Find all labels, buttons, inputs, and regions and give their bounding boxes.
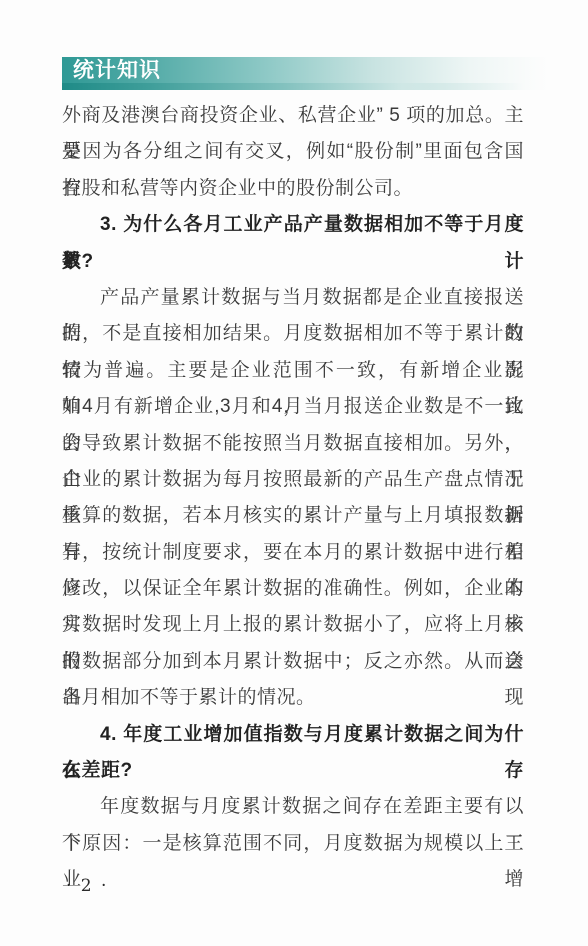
body-text-line: 的数据部分加到本月累计数据中；反之亦然。从而会出现 — [62, 644, 524, 680]
body-text-line: 外商及港澳台商投资企业、私营企业” 5 项的加总。主要 — [62, 98, 524, 134]
page-body: 外商及港澳台商投资企业、私营企业” 5 项的加总。主要 是因为各分组之间有交叉，… — [62, 98, 524, 862]
body-text-line: 核算的数据，若本月核实的累计产量与上月填报数据有差 — [62, 498, 524, 534]
body-text-line: 较为普遍。主要是企业范围不一致，有新增企业影响，比 — [62, 353, 524, 389]
body-text-line: 是因为各分组之间有交叉，例如“股份制”里面包含国有 — [62, 134, 524, 170]
body-text-line: 会导致累计数据不能按照当月数据直接相加。另外，由于 — [62, 426, 524, 462]
body-text-line: 修改，以保证全年累计数据的准确性。例如，企业本月核 — [62, 571, 524, 607]
body-text-line: 产品产量累计数据与当月数据都是企业直接报送的数 — [62, 280, 524, 316]
document-page: 统计知识 外商及港澳台商投资企业、私营企业” 5 项的加总。主要 是因为各分组之… — [0, 0, 588, 946]
body-text-line: 如4月有新增企业,3月和4月当月报送企业数是不一致的， — [62, 389, 524, 425]
page-number: · 2 · — [66, 876, 108, 896]
body-text-line: 异，按统计制度要求，要在本月的累计数据中进行相应的 — [62, 535, 524, 571]
section-header-banner: 统计知识 — [62, 57, 548, 90]
section-title: 统计知识 — [73, 58, 161, 84]
body-text-line: 据，不是直接相加结果。月度数据相加不等于累计的情况 — [62, 316, 524, 352]
body-text-line: 个原因：一是核算范围不同，月度数据为规模以上工业增 — [62, 826, 524, 862]
banner-bottom-strip — [62, 83, 548, 90]
question-heading-line: 3. 为什么各月工业产品产量数据相加不等于月度累计 — [62, 207, 524, 243]
question-heading-line: 4. 年度工业增加值指数与月度累计数据之间为什么存 — [62, 717, 524, 753]
body-text-line: 实数据时发现上月上报的累计数据小了，应将上月未报送 — [62, 607, 524, 643]
body-text-line: 企业的累计数据为每月按照最新的产品生产盘点情况重新 — [62, 462, 524, 498]
body-text-line: 控股和私营等内资企业中的股份制公司。 — [62, 171, 524, 207]
body-text-line: 年度数据与月度累计数据之间存在差距主要有以下三 — [62, 789, 524, 825]
